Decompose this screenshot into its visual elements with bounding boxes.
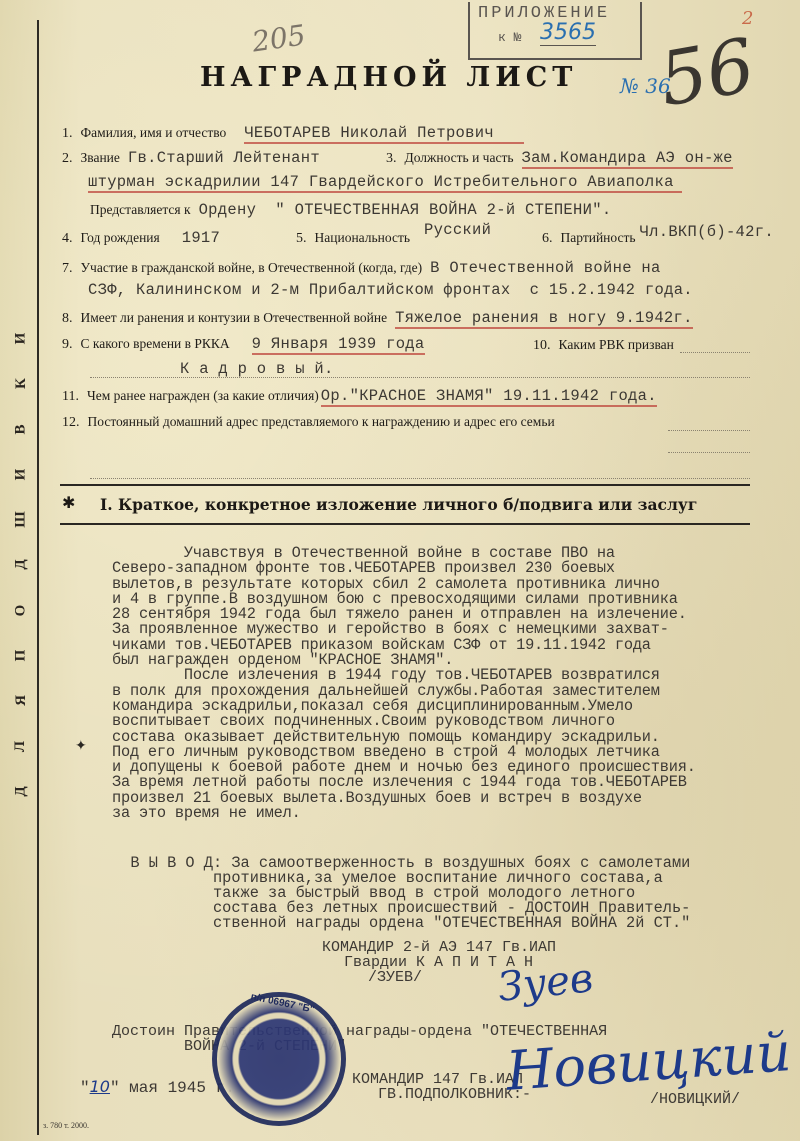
date-day: 10 [90, 1077, 110, 1096]
field-home-address: 12. Постоянный домашний адрес представля… [62, 414, 563, 431]
field-number: 10. [533, 338, 551, 354]
field-war-participation-continued: СЗФ, Калининском и 2-м Прибалтийском фро… [88, 281, 693, 299]
first-commander-name: /ЗУЕВ/ [368, 970, 422, 985]
field-full-name: 1. Фамилия, имя и отчество ЧЕБОТАРЕВ Ник… [62, 124, 524, 144]
field-number: 4. [62, 231, 73, 247]
signing-date: "10" мая 1945 г. [80, 1077, 235, 1097]
field-label: С какого времени в РККА [81, 336, 230, 352]
field-rank: 2. Звание Гв.Старший Лейтенант [62, 149, 320, 167]
field-label: Представляется к [90, 202, 191, 218]
margin-label-letter: Ш [12, 511, 29, 527]
field-label: Фамилия, имя и отчество [81, 125, 227, 141]
margin-label-letter: В [12, 424, 29, 434]
margin-label-letter: К [12, 378, 29, 389]
margin-binding-line [37, 20, 39, 1135]
field-previous-awards: 11. Чем ранее награжден (за какие отличи… [62, 387, 657, 407]
field-wounds: 8. Имеет ли ранения и контузии в Отечест… [62, 309, 693, 329]
field-value: В Отечественной войне на [430, 259, 660, 277]
section-divider-bottom [60, 523, 750, 525]
field-number: 7. [62, 261, 73, 277]
pencil-note: 205 [250, 18, 308, 58]
field-label: Чем ранее награжден (за какие отличия) [87, 388, 319, 404]
field-number: 5. [296, 231, 307, 247]
field-nationality: 5. Национальность Русский [296, 229, 491, 247]
conclusion: В Ы В О Д: За самоотверженность в воздуш… [112, 841, 690, 931]
field-label: Партийность [561, 230, 636, 246]
field-value: Чл.ВКП(б)-42г. [640, 223, 774, 241]
field-army-since: 9. С какого времени в РККА 9 Января 1939… [62, 335, 425, 355]
stamp-prefix: к № [498, 30, 521, 45]
field-number: 3. [386, 151, 397, 167]
field-party: 6. Партийность Чл.ВКП(б)-42г. [542, 229, 774, 247]
field-number: 12. [62, 415, 80, 431]
field-label: Национальность [315, 230, 411, 246]
field-label: Участие в гражданской войне, в Отечестве… [81, 260, 423, 276]
field-value: Ордену " ОТЕЧЕСТВЕННАЯ ВОЙНА 2-й СТЕПЕНИ… [199, 201, 612, 219]
field-value: штурман эскадрилии 147 Гвардейского Истр… [88, 173, 682, 193]
appendix-stamp: ПРИЛОЖЕНИЕ к № 3565 [468, 2, 642, 60]
field-position-continued: штурман эскадрилии 147 Гвардейского Истр… [88, 173, 682, 193]
document-title: НАГРАДНОЙ ЛИСТ [200, 62, 577, 93]
punch-hole-mark-icon: ✦ [75, 738, 87, 755]
field-label: Год рождения [81, 230, 160, 246]
field-draft-office: 10. Каким РВК призван [533, 337, 674, 354]
field-number: 9. [62, 337, 73, 353]
margin-label-letter: О [12, 604, 29, 616]
field-birth-year: 4. Год рождения 1917 [62, 229, 220, 247]
field-presented-for: Представляется к Ордену " ОТЕЧЕСТВЕННАЯ … [90, 201, 611, 219]
field-number: 1. [62, 126, 73, 142]
dotted-line [668, 452, 750, 453]
field-position: 3. Должность и часть Зам.Командира АЭ он… [386, 149, 733, 169]
field-value: 1917 [182, 229, 220, 247]
field-number: 2. [62, 151, 73, 167]
official-seal [212, 992, 346, 1126]
field-value: Русский [424, 221, 491, 239]
field-number: 8. [62, 311, 73, 327]
section-divider-top [60, 484, 750, 486]
field-label: Имеет ли ранения и контузии в Отечествен… [81, 310, 388, 326]
field-label: Каким РВК призван [559, 337, 674, 353]
field-value: 9 Января 1939 года [252, 335, 425, 355]
margin-label-letter: Д [12, 560, 29, 570]
margin-label-letter: Я [13, 695, 30, 706]
margin-label-letter: И [12, 469, 29, 481]
margin-label-letter: Д [12, 786, 29, 796]
field-value: Тяжелое ранения в ногу 9.1942г. [395, 309, 693, 329]
merit-description: Учавствуя в Отечественной войне в состав… [112, 546, 800, 821]
dotted-line [668, 430, 750, 431]
first-commander-signature: Зуев [496, 955, 595, 1011]
handwritten-number: 56 [653, 22, 761, 123]
first-commander-position: КОМАНДИР 2-й АЭ 147 Гв.ИАП [322, 940, 556, 955]
field-value: СЗФ, Калининском и 2-м Прибалтийском фро… [88, 281, 693, 299]
field-label: Постоянный домашний адрес представляемог… [88, 414, 555, 430]
second-commander-position: КОМАНДИР 147 Гв.ИАП [352, 1072, 523, 1087]
field-value: К а д р о в ы й. [180, 360, 334, 378]
margin-label-letter: П [12, 650, 29, 662]
section-title: I. Краткое, конкретное изложение личного… [100, 495, 697, 514]
margin-label-letter: И [12, 333, 29, 345]
field-value: Гв.Старший Лейтенант [128, 149, 320, 167]
field-label: Должность и часть [405, 150, 514, 166]
dotted-line [90, 478, 750, 479]
star-icon: ✱ [62, 493, 75, 513]
stamp-number: 3565 [540, 20, 596, 46]
field-war-participation: 7. Участие в гражданской войне, в Отечес… [62, 259, 661, 277]
field-number: 11. [62, 389, 79, 405]
field-value: ЧЕБОТАРЕВ Николай Петрович [244, 124, 524, 144]
field-number: 6. [542, 231, 553, 247]
field-value: Ор."КРАСНОЕ ЗНАМЯ" 19.11.1942 года. [321, 387, 657, 407]
field-draft-office-value: К а д р о в ы й. [180, 360, 334, 378]
dotted-line [90, 377, 750, 378]
form-code: з. 780 т. 2000. [43, 1121, 89, 1130]
margin-label-for-binding: ДЛЯПОДШИВКИ [8, 330, 34, 800]
second-commander-name: /НОВИЦКИЙ/ [650, 1092, 740, 1107]
dotted-line [680, 352, 750, 353]
field-label: Звание [81, 150, 120, 166]
field-value: Зам.Командира АЭ он-же [522, 149, 733, 169]
margin-label-letter: Л [13, 741, 30, 752]
